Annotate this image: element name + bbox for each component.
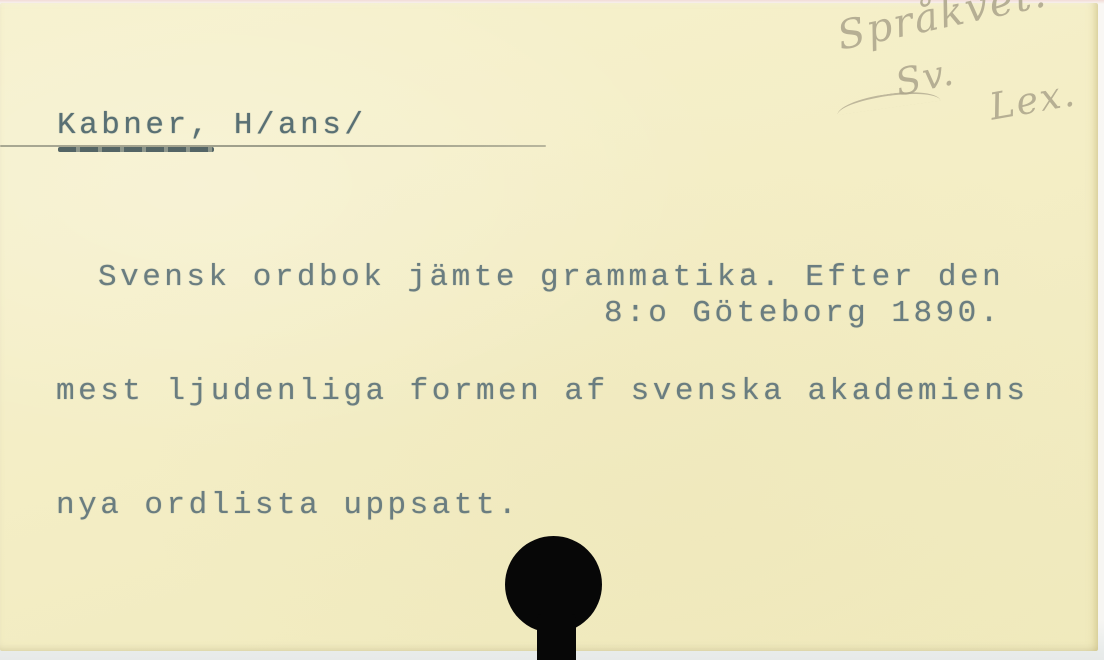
imprint-line: 8:o Göteborg 1890.: [604, 296, 1002, 331]
title-line-2: mest ljudenliga formen af svenska akadem…: [56, 373, 1029, 411]
title-line-3: nya ordlista uppsatt.: [56, 487, 1029, 525]
author-heading: Kabner, H/ans/: [57, 108, 366, 143]
title-line-1: Svensk ordbok jämte grammatika. Efter de…: [56, 259, 1029, 297]
typed-underline: [58, 147, 214, 152]
punch-hole-slot: [537, 614, 576, 660]
scanned-catalog-card: Språkvet. Sv. Lex. Kabner, H/ans/ Svensk…: [0, 0, 1104, 660]
